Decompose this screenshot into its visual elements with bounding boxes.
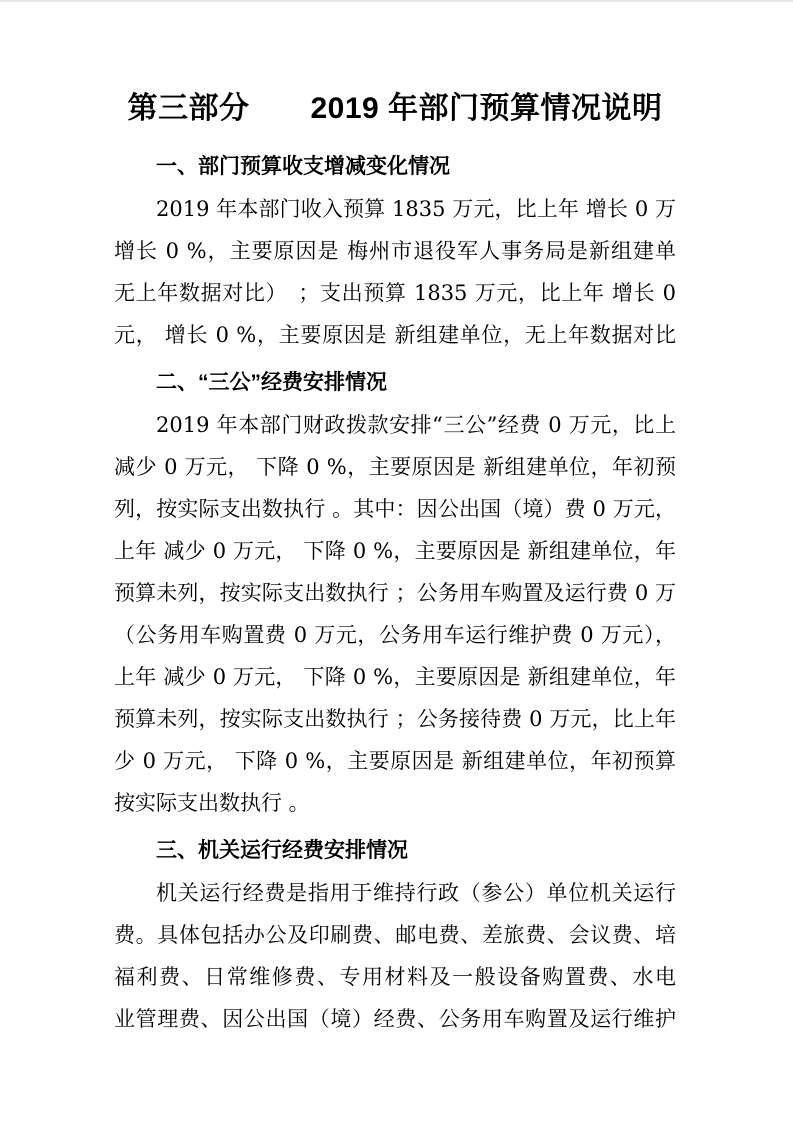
paragraph-line: （公务用车购置费 0 万元，公务用车运行维护费 0 万元），比 xyxy=(114,614,676,656)
paragraph-line: 上年 减少 0 万元， 下降 0 %，主要原因是 新组建单位，年初 xyxy=(114,656,676,698)
document-title: 第三部分 2019 年部门预算情况说明 xyxy=(114,86,676,132)
section-1-heading: 一、部门预算收支增减变化情况 xyxy=(114,146,676,188)
paragraph-line: 减少 0 万元， 下降 0 %，主要原因是 新组建单位，年初预算未 xyxy=(114,446,676,488)
paragraph-line: 福利费、日常维修费、专用材料及一般设备购置费、水电费、物 xyxy=(114,956,676,998)
paragraph-line: 机关运行经费是指用于维持行政（参公）单位机关运行的经 xyxy=(114,872,676,914)
section-3-heading: 三、机关运行经费安排情况 xyxy=(114,830,676,872)
paragraph-line: 少 0 万元， 下降 0 %，主要原因是 新组建单位，年初预算未列， xyxy=(114,740,676,782)
paragraph-line: 预算未列，按实际支出数执行 ；公务接待费 0 万元，比上年 减 xyxy=(114,698,676,740)
paragraph-line: 按实际支出数执行 。 xyxy=(114,782,676,824)
paragraph-line: 增长 0 %，主要原因是 梅州市退役军人事务局是新组建单位， xyxy=(114,230,676,272)
section-2-heading: 二、“三公”经费安排情况 xyxy=(114,362,676,404)
document-page: 第三部分 2019 年部门预算情况说明 一、部门预算收支增减变化情况 2019 … xyxy=(0,0,793,1122)
paragraph-line: 元， 增长 0 %，主要原因是 新组建单位，无上年数据对比 。 xyxy=(114,314,676,356)
paragraph-line: 列，按实际支出数执行 。其中：因公出国（境）费 0 万元，比 xyxy=(114,488,676,530)
paragraph-line: 费。具体包括办公及印刷费、邮电费、差旅费、会议费、培训费、 xyxy=(114,914,676,956)
paragraph-line: 无上年数据对比） ；支出预算 1835 万元，比上年 增长 0 万 xyxy=(114,272,676,314)
paragraph-line: 2019 年本部门财政拨款安排“三公”经费 0 万元，比上年 xyxy=(114,404,676,446)
paragraph-line: 上年 减少 0 万元， 下降 0 %，主要原因是 新组建单位，年初 xyxy=(114,530,676,572)
paragraph-line: 业管理费、因公出国（境）经费、公务用车购置及运行维护费、 xyxy=(114,998,676,1040)
paragraph-line: 2019 年本部门收入预算 1835 万元，比上年 增长 0 万元， xyxy=(114,188,676,230)
paragraph-line: 预算未列，按实际支出数执行 ；公务用车购置及运行费 0 万元 xyxy=(114,572,676,614)
